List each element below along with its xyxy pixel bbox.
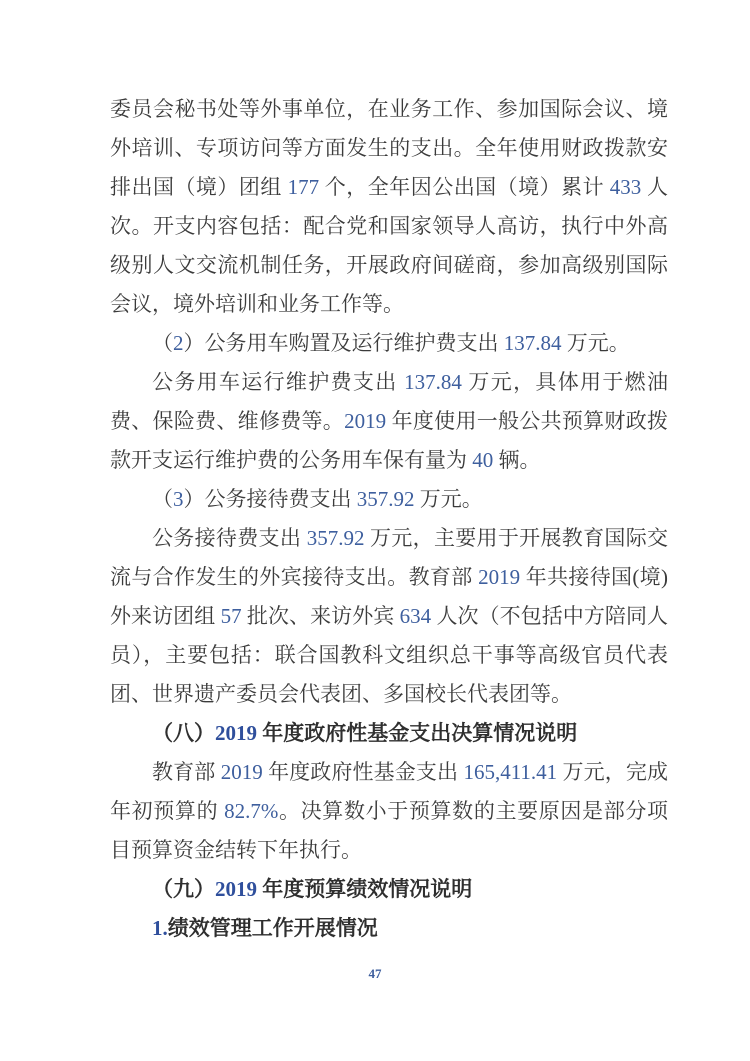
body-paragraph: 委员会秘书处等外事单位，在业务工作、参加国际会议、境外培训、专项访问等方面发生的… bbox=[110, 90, 668, 324]
numeric-value: 177 bbox=[288, 175, 320, 199]
body-paragraph: 公务接待费支出 357.92 万元，主要用于开展教育国际交流与合作发生的外宾接待… bbox=[110, 519, 668, 714]
numeric-value: 165,411.41 bbox=[463, 760, 557, 784]
numeric-value: 357.92 bbox=[357, 487, 415, 511]
body-paragraph: 教育部 2019 年度政府性基金支出 165,411.41 万元，完成年初预算的… bbox=[110, 753, 668, 870]
numeric-value: 2019 bbox=[215, 877, 257, 901]
numeric-value: 2019 bbox=[344, 409, 386, 433]
numeric-value: 137.84 bbox=[504, 331, 562, 355]
document-body: 委员会秘书处等外事单位，在业务工作、参加国际会议、境外培训、专项访问等方面发生的… bbox=[110, 90, 668, 948]
numeric-value: 634 bbox=[400, 604, 432, 628]
numeric-value: 47 bbox=[369, 966, 382, 981]
document-page: 委员会秘书处等外事单位，在业务工作、参加国际会议、境外培训、专项访问等方面发生的… bbox=[0, 0, 750, 1061]
numeric-value: 2019 bbox=[478, 565, 520, 589]
numeric-value: 40 bbox=[472, 448, 493, 472]
numeric-value: 2019 bbox=[215, 721, 257, 745]
section-heading: （八）2019 年度政府性基金支出决算情况说明 bbox=[110, 714, 668, 753]
section-heading: 1.绩效管理工作开展情况 bbox=[110, 909, 668, 948]
numeric-value: 82.7% bbox=[224, 799, 278, 823]
numeric-value: 1. bbox=[152, 916, 168, 940]
page-number: 47 bbox=[0, 966, 750, 982]
numeric-value: 2 bbox=[173, 331, 184, 355]
section-heading: （九）2019 年度预算绩效情况说明 bbox=[110, 870, 668, 909]
body-paragraph: （3）公务接待费支出 357.92 万元。 bbox=[110, 480, 668, 519]
numeric-value: 57 bbox=[221, 604, 242, 628]
numeric-value: 357.92 bbox=[307, 526, 365, 550]
body-paragraph: （2）公务用车购置及运行维护费支出 137.84 万元。 bbox=[110, 324, 668, 363]
numeric-value: 433 bbox=[610, 175, 642, 199]
body-paragraph: 公务用车运行维护费支出 137.84 万元，具体用于燃油费、保险费、维修费等。2… bbox=[110, 363, 668, 480]
numeric-value: 2019 bbox=[221, 760, 263, 784]
numeric-value: 137.84 bbox=[404, 370, 462, 394]
numeric-value: 3 bbox=[173, 487, 184, 511]
